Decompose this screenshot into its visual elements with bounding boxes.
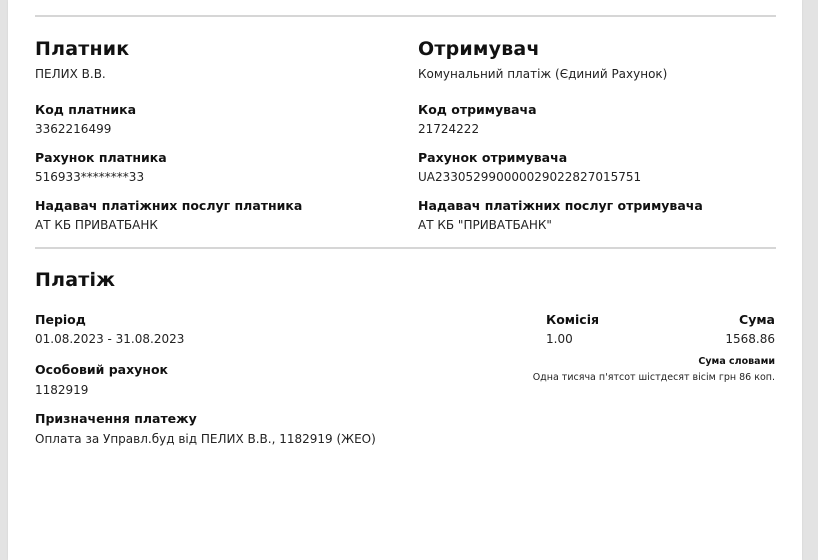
payer-name: ПЕЛИХ В.В. <box>35 67 106 81</box>
amount-value: 1568.86 <box>725 332 775 346</box>
payer-code-label: Код платника <box>35 102 136 117</box>
recipient-code-label: Код отримувача <box>418 102 537 117</box>
personal-account-value: 1182919 <box>35 383 88 397</box>
amount-label: Сума <box>739 312 775 327</box>
payer-account: 516933********33 <box>35 170 144 184</box>
receipt-page: Платник ПЕЛИХ В.В. Код платника 33622164… <box>8 0 802 560</box>
purpose-label: Призначення платежу <box>35 411 197 426</box>
recipient-provider-label: Надавач платіжних послуг отримувача <box>418 198 703 213</box>
recipient-code: 21724222 <box>418 122 479 136</box>
period-label: Період <box>35 312 86 327</box>
payer-heading: Платник <box>35 38 129 60</box>
purpose-value: Оплата за Управл.буд від ПЕЛИХ В.В., 118… <box>35 432 376 446</box>
top-divider <box>35 15 776 17</box>
period-value: 01.08.2023 - 31.08.2023 <box>35 332 184 346</box>
personal-account-label: Особовий рахунок <box>35 362 168 377</box>
payment-heading: Платіж <box>35 269 115 291</box>
payer-account-label: Рахунок платника <box>35 150 167 165</box>
recipient-account-label: Рахунок отримувача <box>418 150 567 165</box>
amount-words-label: Сума словами <box>698 356 775 367</box>
payer-code: 3362216499 <box>35 122 111 136</box>
payer-provider: АТ КБ ПРИВАТБАНК <box>35 218 158 232</box>
recipient-account: UA233052990000029022827015751 <box>418 170 641 184</box>
recipient-name: Комунальний платіж (Єдиний Рахунок) <box>418 67 667 81</box>
payer-provider-label: Надавач платіжних послуг платника <box>35 198 302 213</box>
recipient-heading: Отримувач <box>418 38 540 60</box>
amount-words-value: Одна тисяча п'ятсот шістдесят вісім грн … <box>533 372 775 383</box>
commission-label: Комісія <box>546 312 599 327</box>
commission-value: 1.00 <box>546 332 573 346</box>
middle-divider <box>35 247 776 249</box>
recipient-provider: АТ КБ "ПРИВАТБАНК" <box>418 218 552 232</box>
